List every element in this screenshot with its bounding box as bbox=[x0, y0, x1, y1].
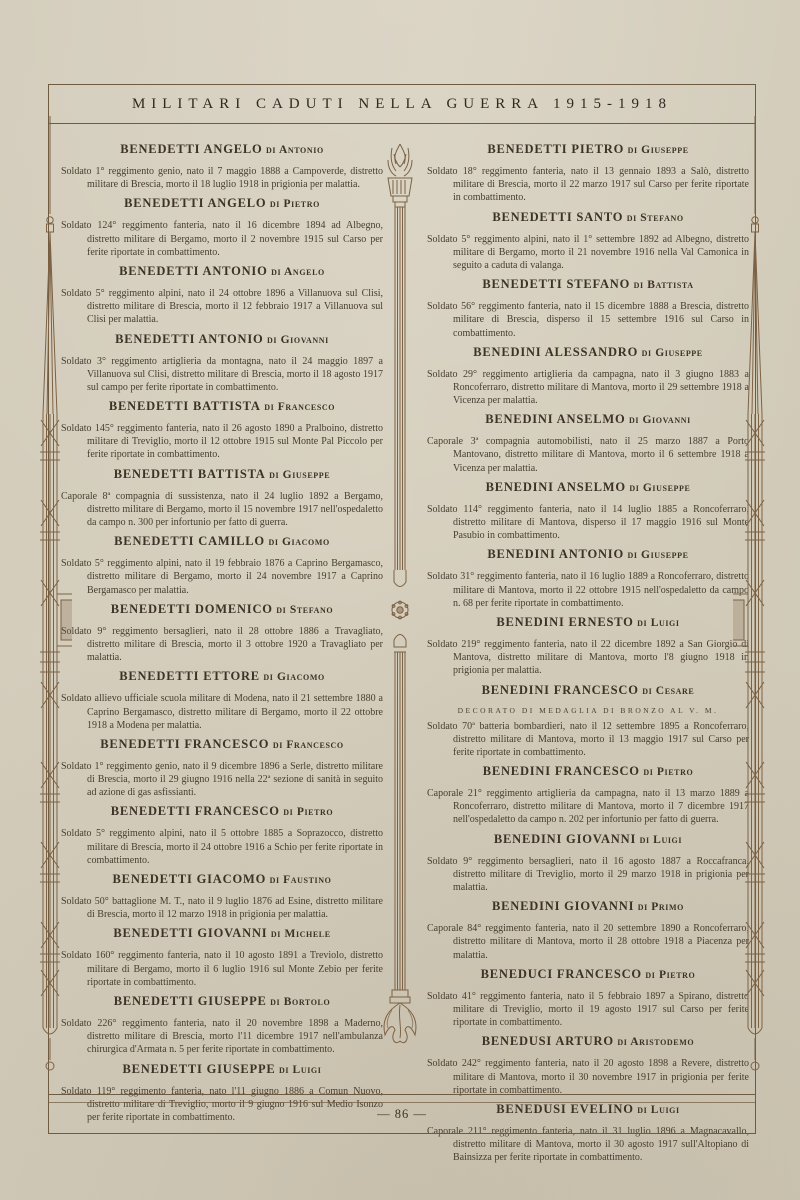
soldier-entry: BENEDETTI DOMENICO di StefanoSoldato 9° … bbox=[61, 597, 383, 665]
soldier-entry: BENEDETTI GIACOMO di FaustinoSoldato 50°… bbox=[61, 867, 383, 921]
entry-body: Caporale 3ª compagnia automobilisti, nat… bbox=[427, 435, 749, 475]
soldier-entry: BENEDETTI ETTORE di GiacomoSoldato allie… bbox=[61, 664, 383, 732]
entry-heading: BENEDUSI ARTURO di Aristodemo bbox=[427, 1029, 749, 1051]
page-number: — 86 — bbox=[377, 1107, 427, 1122]
entry-body: Soldato 9° reggimento bersaglieri, nato … bbox=[61, 625, 383, 665]
patronymic: di Giuseppe bbox=[638, 347, 703, 359]
entry-heading: BENEDETTI FRANCESCO di Pietro bbox=[61, 799, 383, 821]
patronymic: di Pietro bbox=[640, 766, 693, 778]
patronymic: di Antonio bbox=[263, 144, 324, 156]
patronymic: di Giuseppe bbox=[624, 549, 689, 561]
header-band: MILITARI CADUTI NELLA GUERRA 1915-1918 bbox=[48, 84, 756, 124]
soldier-name: BENEDETTI STEFANO bbox=[482, 277, 630, 291]
soldier-name: BENEDINI FRANCESCO bbox=[483, 764, 640, 778]
entry-heading: BENEDETTI ETTORE di Giacomo bbox=[61, 664, 383, 686]
patronymic: di Battista bbox=[630, 279, 693, 291]
content-area: BENEDETTI ANGELO di AntonioSoldato 1° re… bbox=[49, 123, 755, 1094]
soldier-name: BENEDETTI ANGELO bbox=[124, 196, 266, 210]
entry-body: Soldato 70ª batteria bombardieri, nato i… bbox=[427, 720, 749, 760]
entry-heading: BENEDINI ANSELMO di Giovanni bbox=[427, 407, 749, 429]
entry-body: Soldato 1° reggimento genio, nato il 9 d… bbox=[61, 760, 383, 800]
footer-band: — 86 — bbox=[48, 1094, 756, 1134]
soldier-entry: BENEDINI ANSELMO di GiuseppeSoldato 114°… bbox=[427, 475, 749, 543]
entry-body: Soldato 145° reggimento fanteria, nato i… bbox=[61, 422, 383, 462]
soldier-entry: BENEDETTI GIOVANNI di MicheleSoldato 160… bbox=[61, 921, 383, 989]
soldier-entry: BENEDETTI BATTISTA di FrancescoSoldato 1… bbox=[61, 394, 383, 462]
entry-body: Soldato 1° reggimento genio, nato il 7 m… bbox=[61, 165, 383, 191]
soldier-entry: BENEDUCI FRANCESCO di PietroSoldato 41° … bbox=[427, 962, 749, 1030]
soldier-name: BENEDINI GIOVANNI bbox=[492, 899, 634, 913]
entry-heading: BENEDINI ANTONIO di Giuseppe bbox=[427, 542, 749, 564]
patronymic: di Giuseppe bbox=[266, 469, 331, 481]
soldier-entry: BENEDINI GIOVANNI di LuigiSoldato 9° reg… bbox=[427, 827, 749, 895]
entry-body: Soldato 50° battaglione M. T., nato il 9… bbox=[61, 895, 383, 921]
entry-heading: BENEDINI GIOVANNI di Primo bbox=[427, 894, 749, 916]
soldier-entry: BENEDETTI SANTO di StefanoSoldato 5° reg… bbox=[427, 205, 749, 273]
entry-body: Soldato 5° reggimento alpini, nato il 24… bbox=[61, 287, 383, 327]
column-right: BENEDETTI PIETRO di GiuseppeSoldato 18° … bbox=[427, 137, 749, 1078]
soldier-entry: BENEDETTI BATTISTA di GiuseppeCaporale 8… bbox=[61, 462, 383, 530]
entry-heading: BENEDETTI STEFANO di Battista bbox=[427, 272, 749, 294]
entry-body: Soldato 114° reggimento fanteria, nato i… bbox=[427, 503, 749, 543]
soldier-name: BENEDETTI ANTONIO bbox=[115, 332, 263, 346]
soldier-entry: BENEDINI ANTONIO di GiuseppeSoldato 31° … bbox=[427, 542, 749, 610]
entry-heading: BENEDETTI FRANCESCO di Francesco bbox=[61, 732, 383, 754]
entry-heading: BENEDETTI PIETRO di Giuseppe bbox=[427, 137, 749, 159]
soldier-name: BENEDETTI ANGELO bbox=[120, 142, 262, 156]
page-title: MILITARI CADUTI NELLA GUERRA 1915-1918 bbox=[132, 96, 672, 113]
patronymic: di Pietro bbox=[266, 198, 319, 210]
entry-body: Soldato 242° reggimento fanteria, nato i… bbox=[427, 1057, 749, 1097]
entry-body: Soldato 5° reggimento alpini, nato il 19… bbox=[61, 557, 383, 597]
soldier-entry: BENEDINI GIOVANNI di PrimoCaporale 84° r… bbox=[427, 894, 749, 962]
entry-body: Soldato 124° reggimento fanteria, nato i… bbox=[61, 219, 383, 259]
soldier-name: BENEDETTI SANTO bbox=[492, 210, 623, 224]
patronymic: di Primo bbox=[634, 901, 684, 913]
patronymic: di Francesco bbox=[261, 401, 335, 413]
main-text-box: BENEDETTI ANGELO di AntonioSoldato 1° re… bbox=[48, 123, 756, 1094]
patronymic: di Giuseppe bbox=[626, 482, 691, 494]
soldier-name: BENEDINI ANSELMO bbox=[485, 412, 625, 426]
soldier-entry: BENEDETTI GIUSEPPE di BortoloSoldato 226… bbox=[61, 989, 383, 1057]
entry-heading: BENEDETTI BATTISTA di Francesco bbox=[61, 394, 383, 416]
entry-heading: BENEDETTI ANTONIO di Angelo bbox=[61, 259, 383, 281]
entry-body: Soldato allievo ufficiale scuola militar… bbox=[61, 692, 383, 732]
soldier-name: BENEDETTI GIACOMO bbox=[113, 872, 267, 886]
soldier-name: BENEDETTI GIUSEPPE bbox=[123, 1062, 276, 1076]
column-left: BENEDETTI ANGELO di AntonioSoldato 1° re… bbox=[61, 137, 383, 1078]
soldier-name: BENEDETTI BATTISTA bbox=[114, 467, 266, 481]
soldier-name: BENEDETTI BATTISTA bbox=[109, 399, 261, 413]
patronymic: di Giuseppe bbox=[624, 144, 689, 156]
soldier-entry: BENEDINI ALESSANDRO di GiuseppeSoldato 2… bbox=[427, 340, 749, 408]
entry-heading: BENEDINI FRANCESCO di Cesare bbox=[427, 678, 749, 700]
decoration-line: DECORATO DI MEDAGLIA DI BRONZO AL V. M. bbox=[427, 706, 749, 715]
entry-heading: BENEDETTI GIUSEPPE di Bortolo bbox=[61, 989, 383, 1011]
patronymic: di Luigi bbox=[276, 1064, 322, 1076]
soldier-name: BENEDETTI ETTORE bbox=[119, 669, 260, 683]
soldier-name: BENEDINI ANTONIO bbox=[487, 547, 624, 561]
column-gap bbox=[383, 137, 427, 1078]
entry-heading: BENEDINI FRANCESCO di Pietro bbox=[427, 759, 749, 781]
entry-heading: BENEDINI ERNESTO di Luigi bbox=[427, 610, 749, 632]
entry-body: Caporale 84° reggimento fanteria, nato i… bbox=[427, 922, 749, 962]
entry-heading: BENEDETTI GIOVANNI di Michele bbox=[61, 921, 383, 943]
patronymic: di Francesco bbox=[269, 739, 343, 751]
soldier-entry: BENEDETTI ANTONIO di AngeloSoldato 5° re… bbox=[61, 259, 383, 327]
entry-body: Soldato 18° reggimento fanteria, nato il… bbox=[427, 165, 749, 205]
soldier-entry: BENEDETTI FRANCESCO di PietroSoldato 5° … bbox=[61, 799, 383, 867]
soldier-entry: BENEDETTI ANGELO di PietroSoldato 124° r… bbox=[61, 191, 383, 259]
soldier-entry: BENEDINI FRANCESCO di CesareDECORATO DI … bbox=[427, 678, 749, 760]
soldier-entry: BENEDETTI ANGELO di AntonioSoldato 1° re… bbox=[61, 137, 383, 191]
soldier-entry: BENEDINI ERNESTO di LuigiSoldato 219° re… bbox=[427, 610, 749, 678]
entry-body: Soldato 219° reggimento fanteria, nato i… bbox=[427, 638, 749, 678]
entry-body: Caporale 8ª compagnia di sussistenza, na… bbox=[61, 490, 383, 530]
entry-heading: BENEDETTI DOMENICO di Stefano bbox=[61, 597, 383, 619]
soldier-name: BENEDUCI FRANCESCO bbox=[481, 967, 642, 981]
patronymic: di Stefano bbox=[273, 604, 333, 616]
soldier-name: BENEDETTI GIUSEPPE bbox=[114, 994, 267, 1008]
entry-body: Caporale 21° reggimento artiglieria da c… bbox=[427, 787, 749, 827]
entry-heading: BENEDETTI BATTISTA di Giuseppe bbox=[61, 462, 383, 484]
entry-heading: BENEDETTI GIUSEPPE di Luigi bbox=[61, 1057, 383, 1079]
entry-body: Soldato 226° reggimento fanteria, nato i… bbox=[61, 1017, 383, 1057]
patronymic: di Cesare bbox=[639, 685, 695, 697]
entry-heading: BENEDETTI SANTO di Stefano bbox=[427, 205, 749, 227]
entry-heading: BENEDINI ALESSANDRO di Giuseppe bbox=[427, 340, 749, 362]
soldier-name: BENEDETTI FRANCESCO bbox=[100, 737, 269, 751]
entry-heading: BENEDETTI ANGELO di Antonio bbox=[61, 137, 383, 159]
entry-heading: BENEDINI ANSELMO di Giuseppe bbox=[427, 475, 749, 497]
patronymic: di Michele bbox=[267, 928, 330, 940]
soldier-name: BENEDINI GIOVANNI bbox=[494, 832, 636, 846]
soldier-name: BENEDETTI DOMENICO bbox=[111, 602, 273, 616]
patronymic: di Faustino bbox=[266, 874, 331, 886]
patronymic: di Giacomo bbox=[260, 671, 325, 683]
patronymic: di Pietro bbox=[642, 969, 695, 981]
soldier-name: BENEDETTI PIETRO bbox=[487, 142, 624, 156]
soldier-name: BENEDETTI CAMILLO bbox=[114, 534, 265, 548]
entry-body: Soldato 31° reggimento fanteria, nato il… bbox=[427, 570, 749, 610]
patronymic: di Giacomo bbox=[265, 536, 330, 548]
soldier-entry: BENEDETTI PIETRO di GiuseppeSoldato 18° … bbox=[427, 137, 749, 205]
entry-heading: BENEDETTI ANGELO di Pietro bbox=[61, 191, 383, 213]
entry-body: Soldato 5° reggimento alpini, nato il 5 … bbox=[61, 827, 383, 867]
soldier-name: BENEDINI ANSELMO bbox=[486, 480, 626, 494]
soldier-name: BENEDETTI FRANCESCO bbox=[111, 804, 280, 818]
entry-heading: BENEDETTI ANTONIO di Giovanni bbox=[61, 327, 383, 349]
patronymic: di Stefano bbox=[623, 212, 683, 224]
soldier-name: BENEDINI FRANCESCO bbox=[482, 683, 639, 697]
patronymic: di Giovanni bbox=[264, 334, 329, 346]
patronymic: di Pietro bbox=[280, 806, 333, 818]
soldier-name: BENEDINI ERNESTO bbox=[496, 615, 633, 629]
entry-body: Soldato 56° reggimento fanteria, nato il… bbox=[427, 300, 749, 340]
soldier-entry: BENEDETTI CAMILLO di GiacomoSoldato 5° r… bbox=[61, 529, 383, 597]
soldier-entry: BENEDETTI ANTONIO di GiovanniSoldato 3° … bbox=[61, 327, 383, 395]
entry-heading: BENEDUCI FRANCESCO di Pietro bbox=[427, 962, 749, 984]
patronymic: di Luigi bbox=[634, 617, 680, 629]
soldier-entry: BENEDINI FRANCESCO di PietroCaporale 21°… bbox=[427, 759, 749, 827]
entry-body: Soldato 9° reggimento bersaglieri, nato … bbox=[427, 855, 749, 895]
entry-heading: BENEDETTI CAMILLO di Giacomo bbox=[61, 529, 383, 551]
patronymic: di Luigi bbox=[636, 834, 682, 846]
soldier-entry: BENEDETTI FRANCESCO di FrancescoSoldato … bbox=[61, 732, 383, 800]
entry-heading: BENEDINI GIOVANNI di Luigi bbox=[427, 827, 749, 849]
entry-heading: BENEDETTI GIACOMO di Faustino bbox=[61, 867, 383, 889]
entry-body: Soldato 29° reggimento artiglieria da ca… bbox=[427, 368, 749, 408]
soldier-name: BENEDINI ALESSANDRO bbox=[473, 345, 638, 359]
soldier-entry: BENEDUSI ARTURO di AristodemoSoldato 242… bbox=[427, 1029, 749, 1097]
soldier-name: BENEDUSI ARTURO bbox=[482, 1034, 614, 1048]
soldier-name: BENEDETTI GIOVANNI bbox=[113, 926, 267, 940]
patronymic: di Angelo bbox=[268, 266, 325, 278]
soldier-entry: BENEDETTI STEFANO di BattistaSoldato 56°… bbox=[427, 272, 749, 340]
entry-body: Soldato 5° reggimento alpini, nato il 1°… bbox=[427, 233, 749, 273]
soldier-entry: BENEDINI ANSELMO di GiovanniCaporale 3ª … bbox=[427, 407, 749, 475]
entry-body: Soldato 3° reggimento artiglieria da mon… bbox=[61, 355, 383, 395]
entry-body: Soldato 160° reggimento fanteria, nato i… bbox=[61, 949, 383, 989]
patronymic: di Giovanni bbox=[625, 414, 690, 426]
patronymic: di Aristodemo bbox=[614, 1036, 694, 1048]
patronymic: di Bortolo bbox=[267, 996, 331, 1008]
entry-body: Soldato 41° reggimento fanteria, nato il… bbox=[427, 990, 749, 1030]
soldier-name: BENEDETTI ANTONIO bbox=[119, 264, 267, 278]
scanned-page: MILITARI CADUTI NELLA GUERRA 1915-1918 B… bbox=[0, 0, 800, 1200]
